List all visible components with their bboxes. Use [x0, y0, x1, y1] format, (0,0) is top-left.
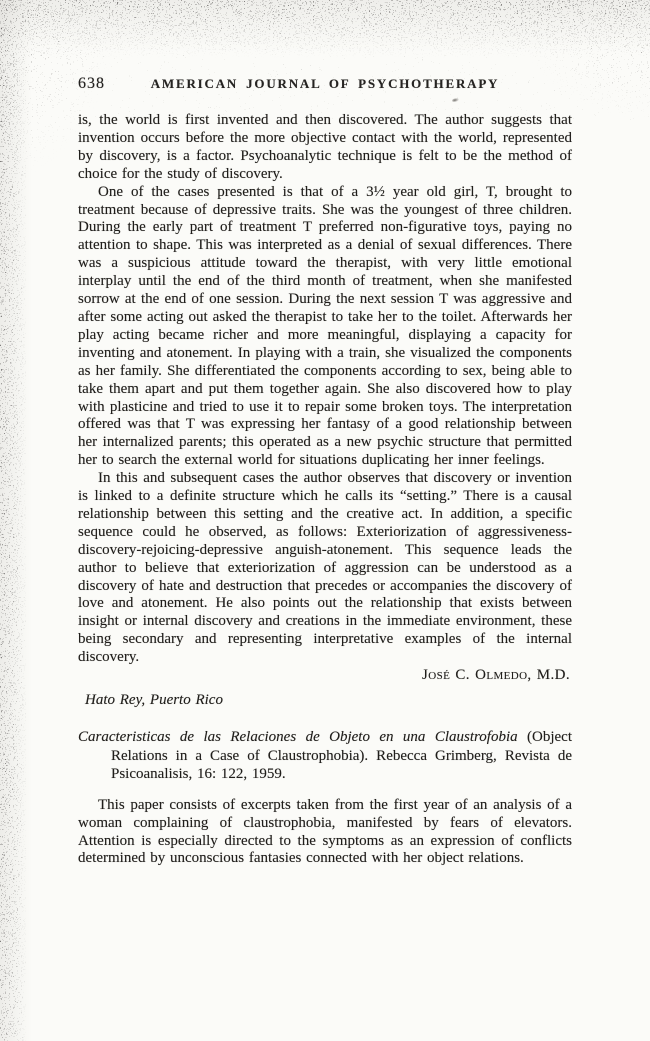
citation: Caracteristicas de las Relaciones de Obj…	[78, 728, 572, 784]
author-location: Hato Rey, Puerto Rico	[78, 692, 572, 710]
paragraph-abstract: This paper consists of excerpts taken fr…	[78, 797, 572, 869]
paragraph-author-observations: In this and subsequent cases the author …	[78, 470, 572, 667]
scan-smudge	[452, 97, 460, 102]
paragraph-case-description: One of the cases presented is that of a …	[78, 184, 572, 471]
article-body: is, the world is first invented and then…	[78, 112, 572, 868]
journal-title: AMERICAN JOURNAL OF PSYCHOTHERAPY	[78, 76, 572, 92]
page-number: 638	[78, 75, 105, 93]
running-head: 638 AMERICAN JOURNAL OF PSYCHOTHERAPY	[78, 76, 572, 92]
citation-title-spanish: Caracteristicas de las Relaciones de Obj…	[78, 729, 518, 745]
author-signature: José C. Olmedo, M.D.	[78, 667, 572, 685]
paragraph-continuation: is, the world is first invented and then…	[78, 112, 572, 184]
scanned-journal-page: 638 AMERICAN JOURNAL OF PSYCHOTHERAPY is…	[0, 0, 650, 1041]
